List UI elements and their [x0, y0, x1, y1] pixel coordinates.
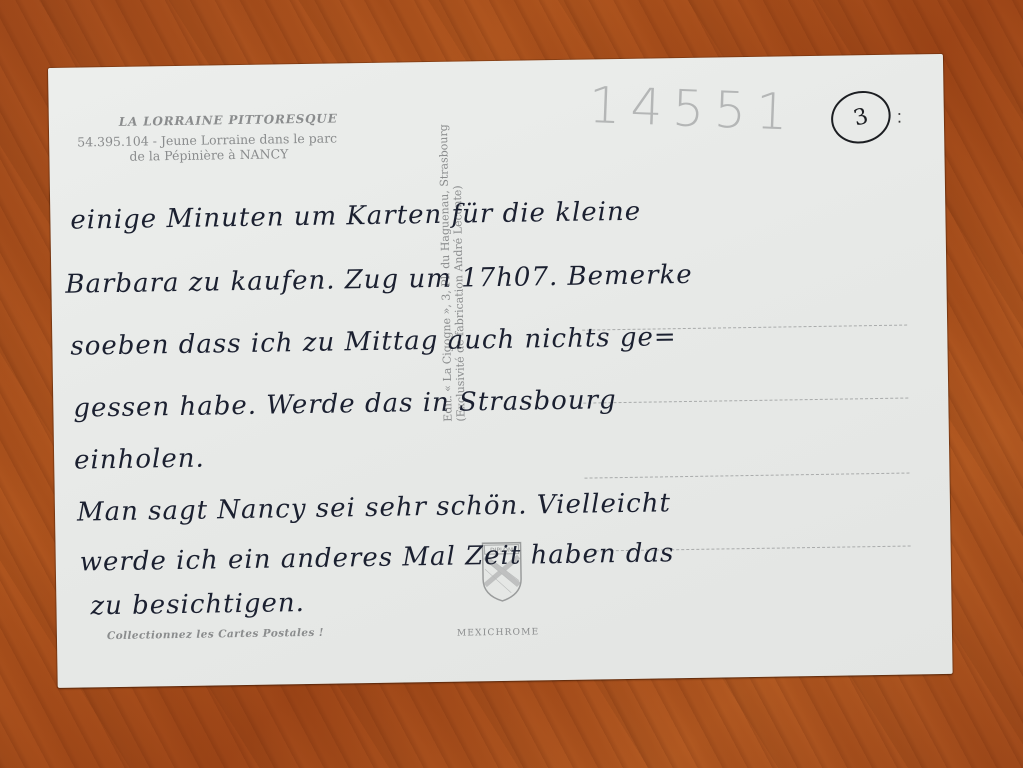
colon-mark: : — [897, 107, 902, 128]
circled-number-text: 3 — [851, 103, 871, 131]
pencil-inventory-number: 14551 — [588, 76, 799, 142]
postcard: LA LORRAINE PITTORESQUE 54.395.104 - Jeu… — [48, 54, 953, 688]
handwritten-line: soeben dass ich zu Mittag auch nichts ge… — [70, 322, 677, 362]
series-title: LA LORRAINE PITTORESQUE — [119, 111, 338, 128]
handwritten-line: Barbara zu kaufen. Zug um 17h07. Bemerke — [65, 260, 693, 300]
collect-slogan: Collectionnez les Cartes Postales ! — [107, 627, 324, 642]
handwritten-line: einige Minuten um Karten für die kleine — [70, 197, 641, 236]
circled-page-number: 3 — [825, 84, 896, 150]
address-rule — [585, 473, 910, 479]
handwritten-line: gessen habe. Werde das in Strasbourg — [73, 385, 617, 424]
handwritten-line: werde ich ein anderes Mal Zeit haben das — [80, 538, 675, 577]
address-rule — [583, 398, 908, 404]
image-caption: 54.395.104 - Jeune Lorraine dans le parc… — [77, 130, 337, 164]
handwritten-line: Man sagt Nancy sei sehr schön. Vielleich… — [77, 488, 671, 527]
handwritten-line: zu besichtigen. — [90, 588, 305, 621]
handwritten-line: einholen. — [74, 444, 205, 476]
printer-name: MEXICHROME — [457, 627, 540, 638]
